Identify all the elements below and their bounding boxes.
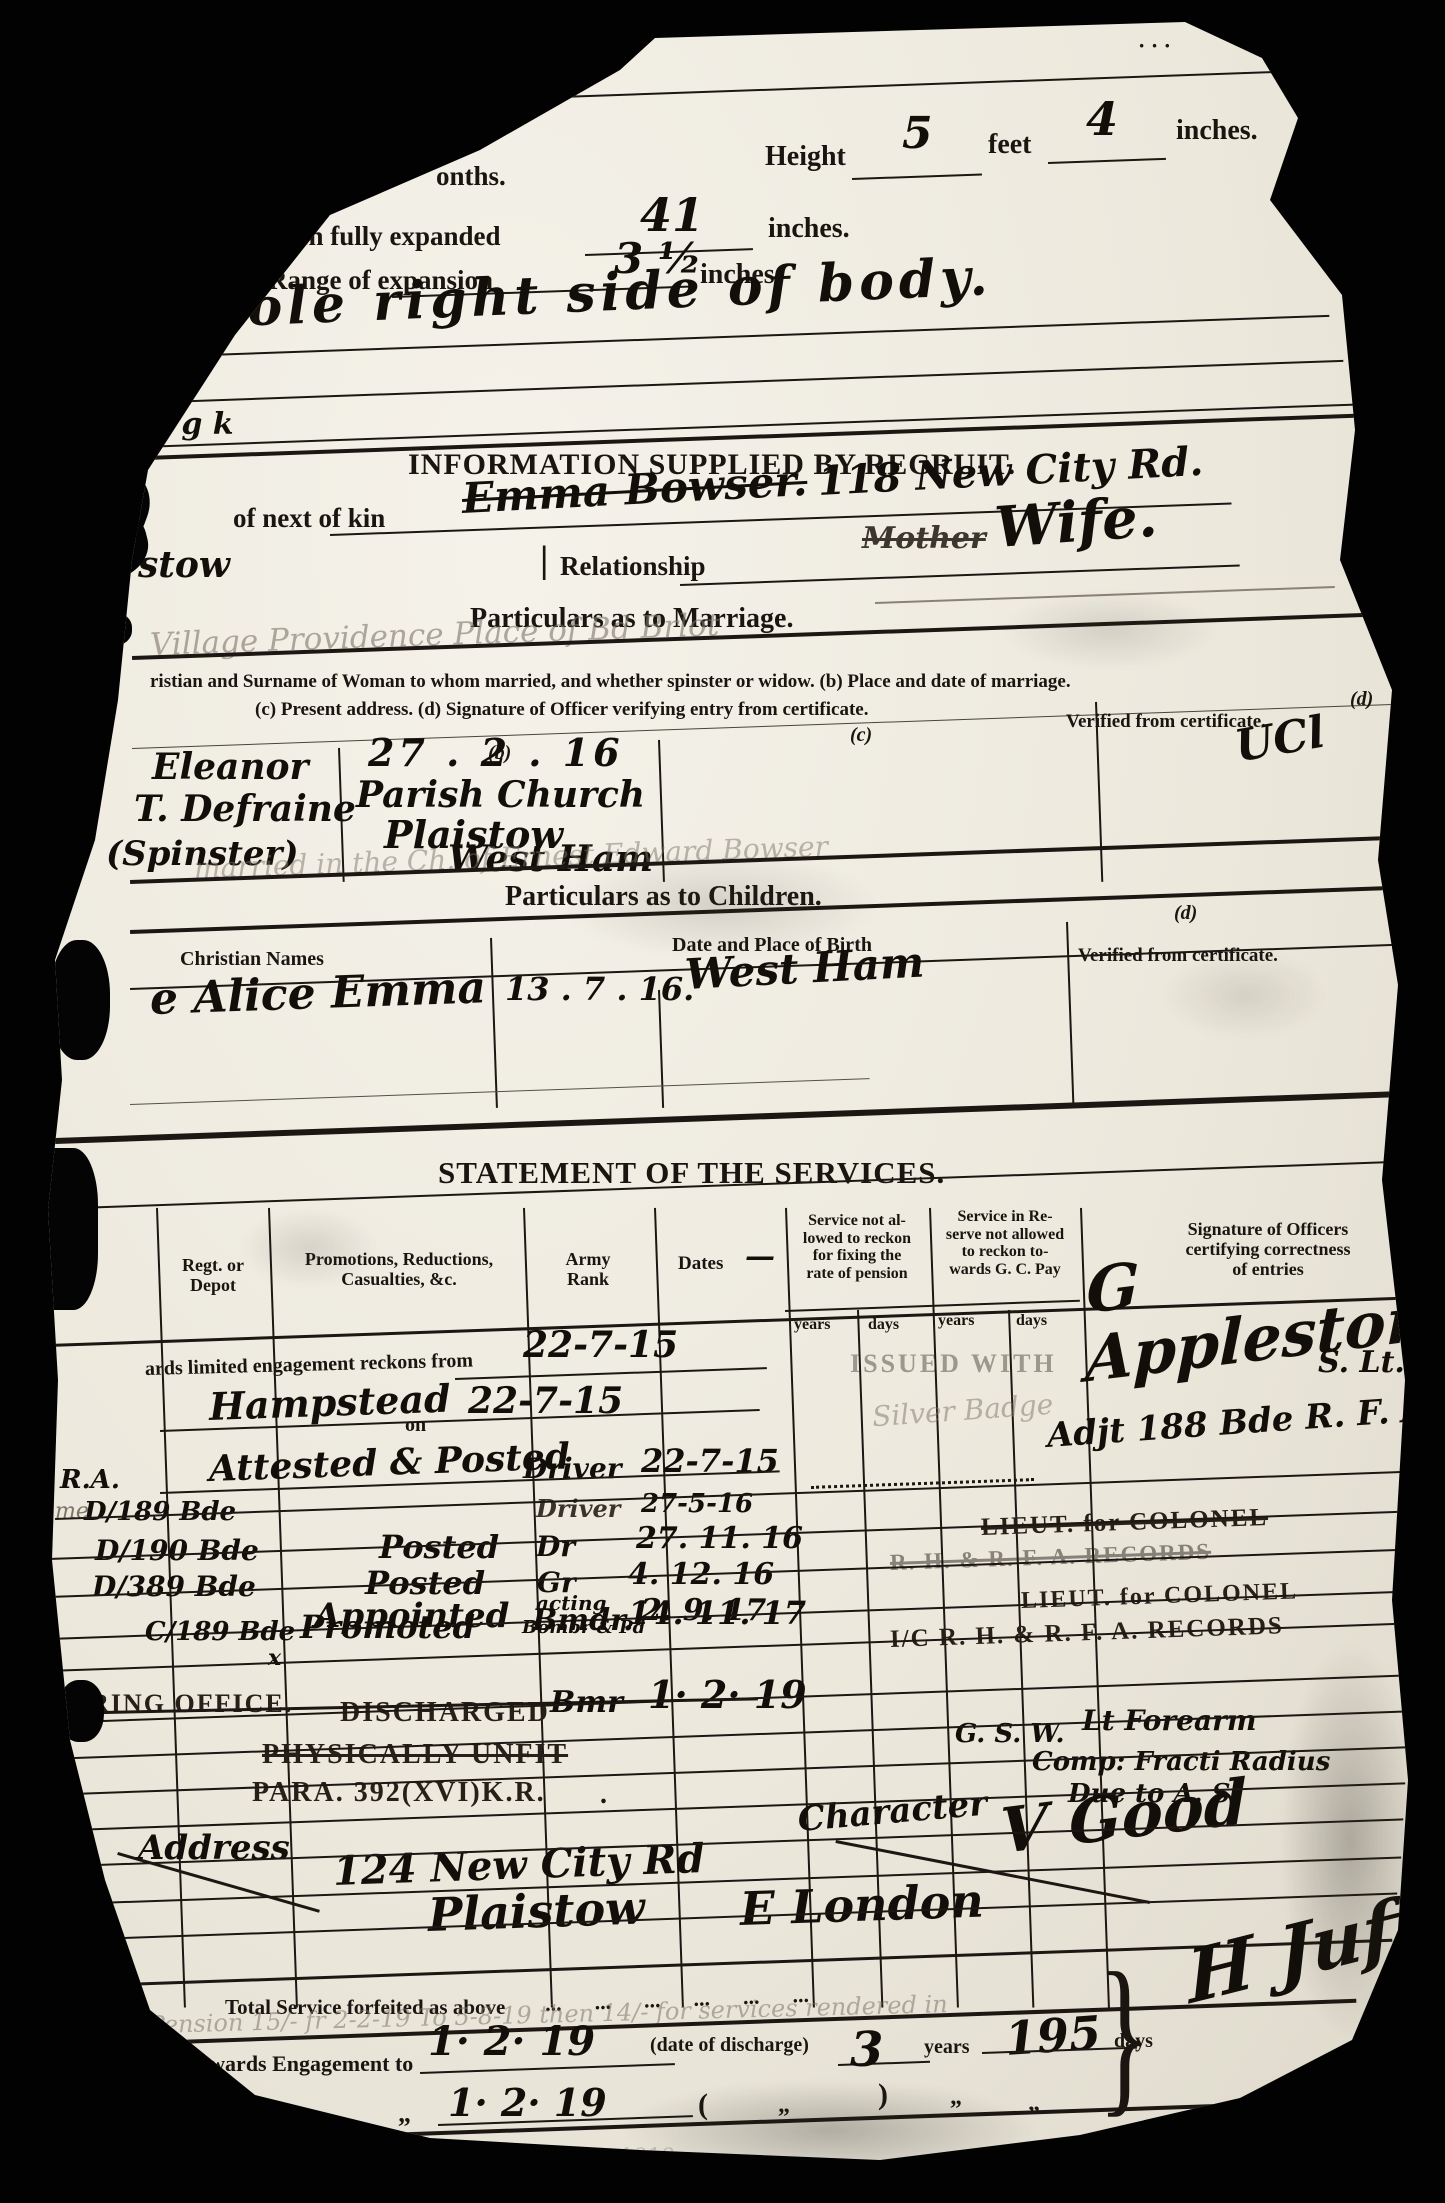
top-dots: · · · — [1138, 34, 1171, 58]
height-feet-value: 5 — [902, 110, 933, 158]
rule — [136, 360, 1343, 404]
header-days: days — [868, 1316, 899, 1334]
pension-date: 1· 2· 19 — [448, 2082, 607, 2124]
smudge — [560, 850, 880, 960]
section-rule — [55, 1090, 1442, 1144]
marriage-footnote-2: (c) Present address. (d) Signature of Of… — [255, 700, 868, 721]
ink-blot — [58, 1680, 104, 1742]
col-d-label: (d) — [1174, 902, 1197, 924]
rule — [680, 564, 1240, 586]
engagement-date: 22-7-15 — [523, 1326, 678, 1366]
inches-label: inches. — [768, 214, 850, 245]
bride-name-1: Eleanor — [152, 748, 309, 788]
relationship-struck: Mother — [862, 522, 986, 555]
adjutant-signature: Adjt 188 Bde R. F. A. — [1046, 1391, 1441, 1456]
inches-label: inches. — [1176, 116, 1258, 147]
row-date: 14. 11. 17 — [628, 1596, 806, 1631]
header-pension: Service not al- lowed to reckon for fixi… — [788, 1212, 926, 1282]
rule — [455, 1367, 767, 1380]
child-name: e Alice Emma — [149, 964, 487, 1024]
row-event: Attested & Posted — [208, 1437, 570, 1489]
paren-mark: ( — [244, 252, 255, 289]
ink-blot — [28, 1148, 98, 1310]
header-dates: Dates — [678, 1254, 723, 1275]
pencil-mark: 9a — [1386, 578, 1418, 607]
engagement-total-date: 1· 2· 19 — [428, 2020, 595, 2064]
expanded-label: when fully expanded — [262, 222, 501, 252]
character-value: V Good — [999, 1768, 1247, 1867]
smudge — [1000, 590, 1220, 670]
col-d-label: (d) — [1350, 688, 1373, 710]
ink-blot — [92, 612, 132, 646]
ditto-mark: „ — [398, 2100, 411, 2129]
child-birth-date: 13 . 7 . 16. — [505, 972, 694, 1007]
rule — [1048, 158, 1166, 164]
margin-script: stow — [138, 546, 230, 586]
distinctive-marks-note: Mole right side of body. — [184, 248, 994, 339]
discharge-date-note: (date of discharge) — [650, 2034, 809, 2056]
para-dot: . — [600, 1780, 607, 1811]
margin-signature: W — [1392, 938, 1437, 982]
character-label: Character — [796, 1786, 988, 1840]
ditto-mark: „ — [186, 2104, 199, 2133]
smudge — [1160, 950, 1330, 1040]
col-line — [490, 938, 498, 1108]
row-rank: Bmdr. — [532, 1604, 634, 1637]
feet-label: feet — [988, 130, 1032, 161]
marriage-footnote-1: ristian and Surname of Woman to whom mar… — [150, 672, 1071, 693]
row-event: Promoted — [300, 1610, 475, 1645]
height-label: Height — [765, 142, 846, 173]
ink-blot — [50, 940, 110, 1060]
marriage-date: 27 . 2 . 16 — [368, 732, 624, 774]
days-value: 195 — [1003, 2007, 1102, 2064]
lieut-colonel-stamp: LIEUT. for COLONEL — [981, 1504, 1269, 1542]
rule — [852, 173, 982, 180]
header-gcpay: Service in Re- serve not allowed to reck… — [932, 1208, 1078, 1278]
relationship-value: Wife. — [993, 487, 1159, 560]
divider-bar: | — [540, 540, 548, 582]
relationship-label: Relationship — [560, 552, 706, 582]
marriage-place-1: Parish Church — [356, 776, 645, 816]
engagement-total-label: otal Service towards Engagement to — [76, 2052, 413, 2076]
scanned-service-record: · · · onths. Height 5 feet 4 inches. whe… — [0, 0, 1445, 2203]
officer-rank: S. Lt. — [1318, 1346, 1405, 1379]
pension-label: Pension — [258, 2108, 328, 2131]
col-line — [156, 1208, 186, 2008]
years-value: 3 — [850, 2024, 883, 2077]
col-c-label: (c) — [850, 724, 872, 746]
address-line-3: E London — [739, 1876, 984, 1935]
next-of-kin-label: of next of kin — [233, 504, 385, 534]
rule — [130, 1078, 870, 1105]
header-rank: Army Rank — [528, 1250, 648, 1290]
margin-scrawl: 6 g k — [150, 408, 234, 441]
years-label: years — [924, 2036, 970, 2058]
row-regt: D/389 Bde — [92, 1572, 256, 1603]
header-dash-mark: — — [745, 1240, 775, 1273]
engagement-note: ards limited engagement reckons from — [145, 1349, 474, 1380]
names-header: Christian Names — [180, 948, 324, 970]
expanded-value: 41 — [640, 190, 704, 241]
col-line — [268, 1208, 298, 2008]
col-line — [1066, 922, 1074, 1108]
header-days: days — [1016, 1312, 1047, 1330]
issued-stamp: ISSUED WITH — [850, 1350, 1057, 1379]
months-fragment: onths. — [436, 162, 506, 192]
bottom-ditto-marks: „ „ — [92, 2136, 131, 2160]
row-rank: Dr — [536, 1532, 575, 1563]
discharge-date: 1· 2· 19 — [648, 1674, 807, 1716]
on-label: on — [405, 1414, 426, 1436]
smudge — [240, 1208, 380, 1288]
smudge — [1280, 1640, 1420, 2040]
height-inches-value: 4 — [1086, 94, 1118, 145]
promoted-mark: x — [268, 1646, 281, 1670]
rule — [560, 65, 1440, 98]
header-years: years — [794, 1316, 830, 1334]
row-regt: C/189 Bde — [145, 1618, 295, 1647]
issued-pencil-note: Silver Badge — [871, 1390, 1054, 1433]
brace-mark: } — [1098, 1938, 1151, 2132]
paper-sheet: · · · onths. Height 5 feet 4 inches. whe… — [0, 0, 1445, 2203]
bride-name-2: T. Defraine — [134, 790, 356, 830]
signature-small: p E 7 — [1146, 2110, 1226, 2141]
smudge — [620, 2080, 1040, 2180]
header-years: years — [938, 1312, 974, 1330]
row-regt: R.A. — [60, 1466, 120, 1495]
